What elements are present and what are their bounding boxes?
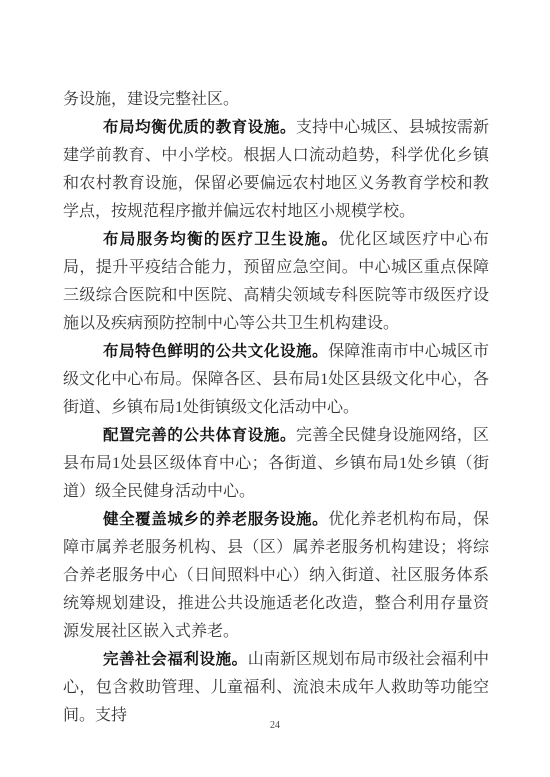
paragraph: 布局服务均衡的医疗卫生设施。优化区域医疗中心布局，提升平疫结合能力，预留应急空间… <box>63 226 489 338</box>
paragraph-lead: 布局均衡优质的教育设施。 <box>103 119 296 136</box>
paragraph-lead: 配置完善的公共体育设施。 <box>103 427 296 444</box>
page-number: 24 <box>0 720 550 731</box>
document-page: 务设施，建设完整社区。 布局均衡优质的教育设施。支持中心城区、县城按需新建学前教… <box>0 0 550 777</box>
paragraph-lead: 布局服务均衡的医疗卫生设施。 <box>103 231 338 248</box>
text-block: 务设施，建设完整社区。 布局均衡优质的教育设施。支持中心城区、县城按需新建学前教… <box>63 86 489 730</box>
paragraph-lead: 健全覆盖城乡的养老服务设施。 <box>103 511 328 528</box>
continuation-line: 务设施，建设完整社区。 <box>63 86 489 114</box>
paragraph: 健全覆盖城乡的养老服务设施。优化养老机构布局，保障市属养老服务机构、县（区）属养… <box>63 506 489 646</box>
paragraph: 配置完善的公共体育设施。完善全民健身设施网络，区县布局1处县区级体育中心；各街道… <box>63 422 489 506</box>
paragraph: 布局均衡优质的教育设施。支持中心城区、县城按需新建学前教育、中小学校。根据人口流… <box>63 114 489 226</box>
paragraph-lead: 完善社会福利设施。 <box>103 651 248 668</box>
paragraph: 完善社会福利设施。山南新区规划布局市级社会福利中心，包含救助管理、儿童福利、流浪… <box>63 646 489 730</box>
paragraph-body: 优化养老机构布局，保障市属养老服务机构、县（区）属养老服务机构建设；将综合养老服… <box>63 511 489 640</box>
paragraph: 布局特色鲜明的公共文化设施。保障淮南市中心城区市级文化中心布局。保障各区、县布局… <box>63 338 489 422</box>
paragraph-lead: 布局特色鲜明的公共文化设施。 <box>103 343 328 360</box>
